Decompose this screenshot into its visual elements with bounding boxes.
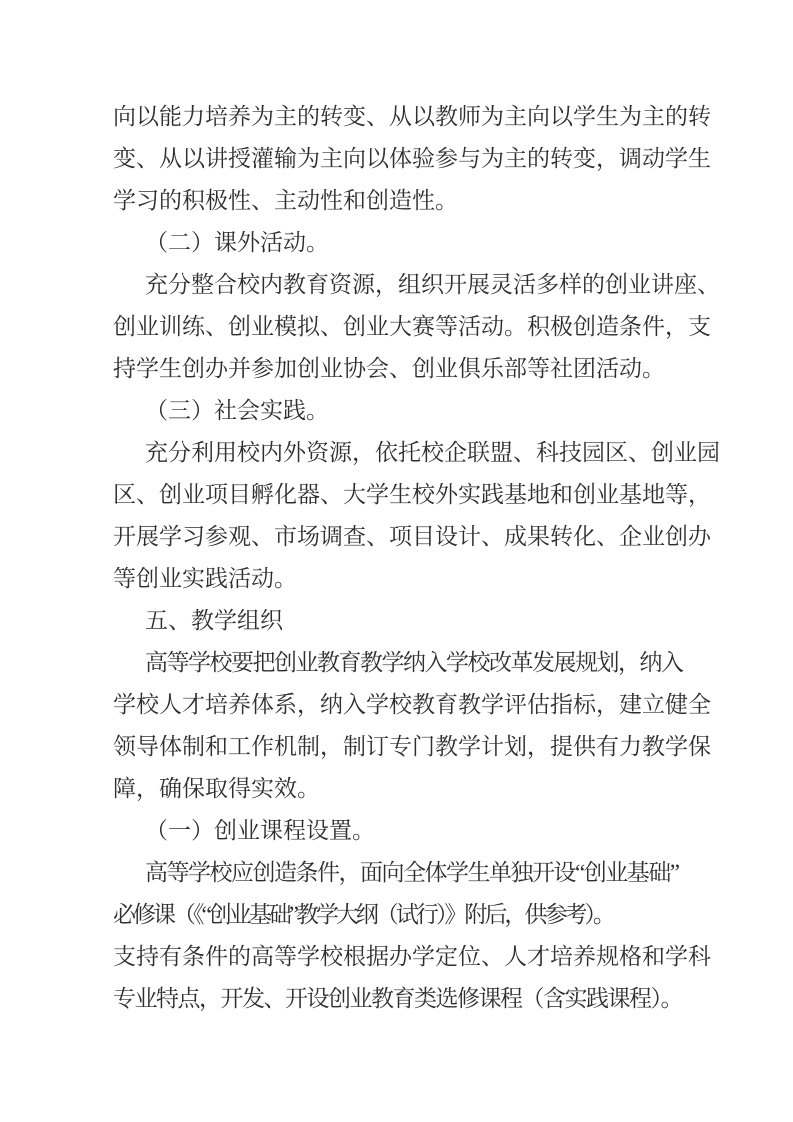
text-line: 向以能力培养为主的转变、从以教师为主向以学生为主的转: [113, 96, 743, 138]
document-page: 向以能力培养为主的转变、从以教师为主向以学生为主的转变、从以讲授灌输为主向以体验…: [0, 0, 793, 1122]
text-line: 支持有条件的高等学校根据办学定位、人才培养规格和学科: [113, 936, 743, 978]
text-line: 五、教学组织: [113, 600, 743, 642]
text-line: 高等学校应创造条件，面向全体学生单独开设“创业基础”: [113, 852, 743, 894]
text-line: 学校人才培养体系，纳入学校教育教学评估指标，建立健全: [113, 684, 743, 726]
text-line: 领导体制和工作机制，制订专门教学计划，提供有力教学保: [113, 726, 743, 768]
text-line: 等创业实践活动。: [113, 558, 743, 600]
text-line: （三）社会实践。: [113, 390, 743, 432]
text-line: 持学生创办并参加创业协会、创业俱乐部等社团活动。: [113, 348, 743, 390]
text-line: 区、创业项目孵化器、大学生校外实践基地和创业基地等，: [113, 474, 743, 516]
document-text-block: 向以能力培养为主的转变、从以教师为主向以学生为主的转变、从以讲授灌输为主向以体验…: [113, 96, 743, 1020]
text-line: （二）课外活动。: [113, 222, 743, 264]
text-line: 充分整合校内教育资源，组织开展灵活多样的创业讲座、: [113, 264, 743, 306]
text-line: 专业特点，开发、开设创业教育类选修课程（含实践课程）。: [113, 978, 743, 1020]
text-line: 充分利用校内外资源，依托校企联盟、科技园区、创业园: [113, 432, 743, 474]
text-line: 高等学校要把创业教育教学纳入学校改革发展规划，纳入: [113, 642, 743, 684]
text-line: 必修课（《“创业基础”教学大纲（试行）》附后，供参考）。: [113, 894, 743, 936]
text-line: 变、从以讲授灌输为主向以体验参与为主的转变，调动学生: [113, 138, 743, 180]
text-line: （一）创业课程设置。: [113, 810, 743, 852]
text-line: 创业训练、创业模拟、创业大赛等活动。积极创造条件，支: [113, 306, 743, 348]
text-line: 学习的积极性、主动性和创造性。: [113, 180, 743, 222]
text-line: 开展学习参观、市场调查、项目设计、成果转化、企业创办: [113, 516, 743, 558]
text-line: 障，确保取得实效。: [113, 768, 743, 810]
